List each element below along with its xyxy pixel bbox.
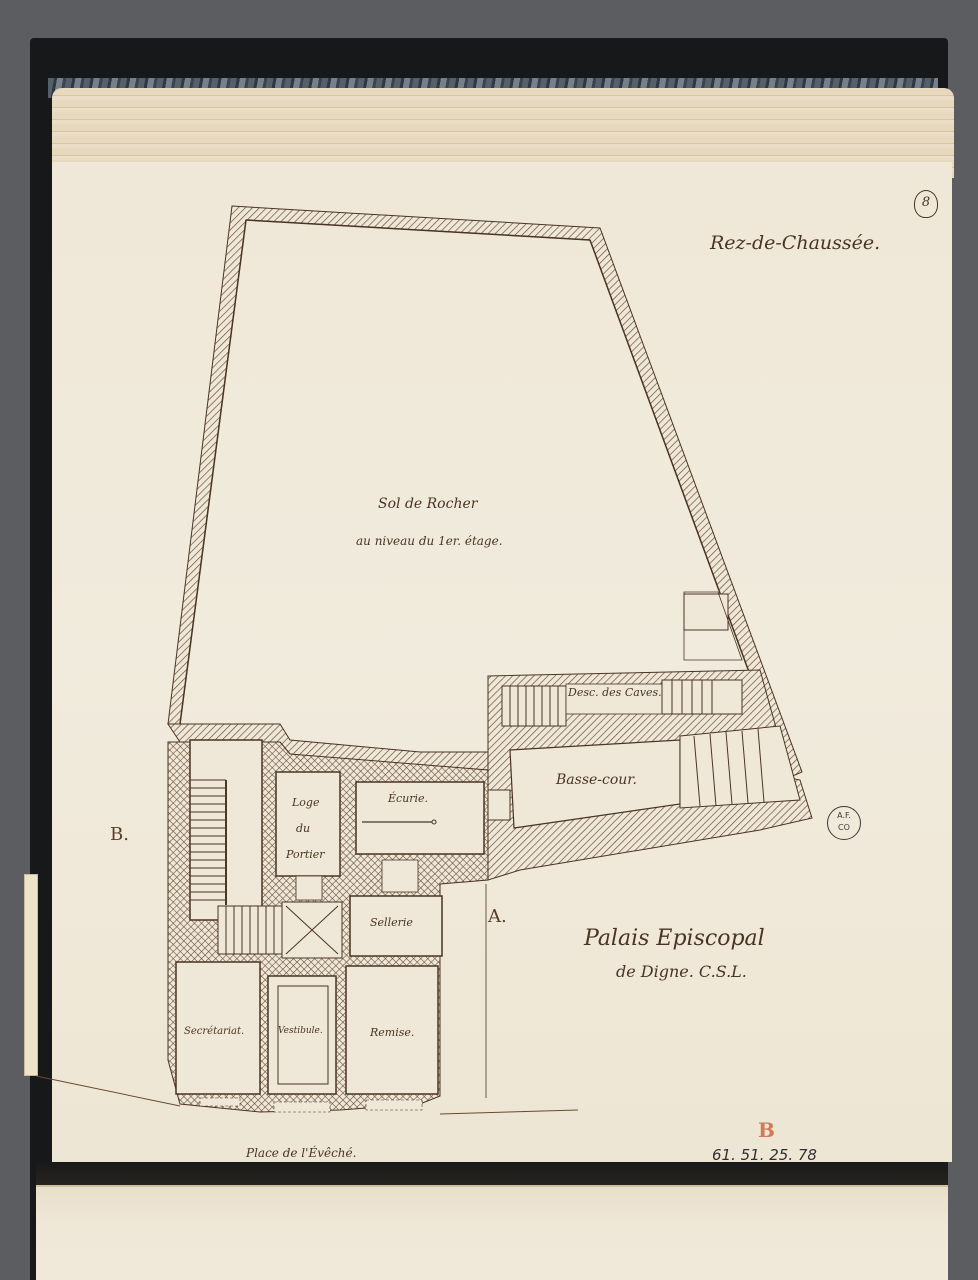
floor-heading: Rez-de-Chaussée. bbox=[710, 232, 880, 254]
street-line bbox=[36, 1076, 180, 1106]
floor-plan-drawing bbox=[0, 0, 978, 1280]
reference-number: 61. 51. 25. 78 bbox=[712, 1146, 817, 1164]
street-label: Place de l'Évêché. bbox=[246, 1146, 356, 1160]
courtyard-label-line2: au niveau du 1er. étage. bbox=[356, 534, 503, 548]
room-label-loge-line3: Portier bbox=[286, 848, 325, 861]
room-label-loge-line2: du bbox=[296, 822, 310, 835]
room-label-secretariat: Secrétariat. bbox=[184, 1026, 244, 1037]
room-label-descente-caves: Desc. des Caves. bbox=[568, 686, 662, 699]
room-label-sellerie: Sellerie bbox=[370, 916, 413, 929]
room-label-loge-line1: Loge bbox=[292, 796, 319, 809]
courtyard-label-line1: Sol de Rocher bbox=[378, 496, 477, 512]
room-label-ecurie: Écurie. bbox=[388, 792, 428, 805]
circular-stamp: A.F. CO bbox=[827, 806, 861, 840]
circular-stamp-top: A.F. bbox=[828, 810, 860, 822]
section-marker-a: A. bbox=[488, 906, 507, 927]
street-line-east bbox=[440, 1110, 578, 1114]
room-label-vestibule: Vestibule. bbox=[278, 1026, 323, 1036]
section-marker-b: B. bbox=[110, 824, 129, 845]
library-stamp-letter: B bbox=[758, 1118, 775, 1142]
page-number: 8 bbox=[914, 190, 938, 218]
plan-title-line2: de Digne. C.S.L. bbox=[616, 962, 747, 981]
main-block bbox=[168, 740, 488, 1112]
room-label-remise: Remise. bbox=[370, 1026, 414, 1039]
plan-title-line1: Palais Episcopal bbox=[584, 926, 765, 951]
room-label-basse-cour: Basse-cour. bbox=[556, 772, 637, 788]
east-wing bbox=[488, 592, 812, 880]
circular-stamp-bottom: CO bbox=[828, 822, 860, 834]
